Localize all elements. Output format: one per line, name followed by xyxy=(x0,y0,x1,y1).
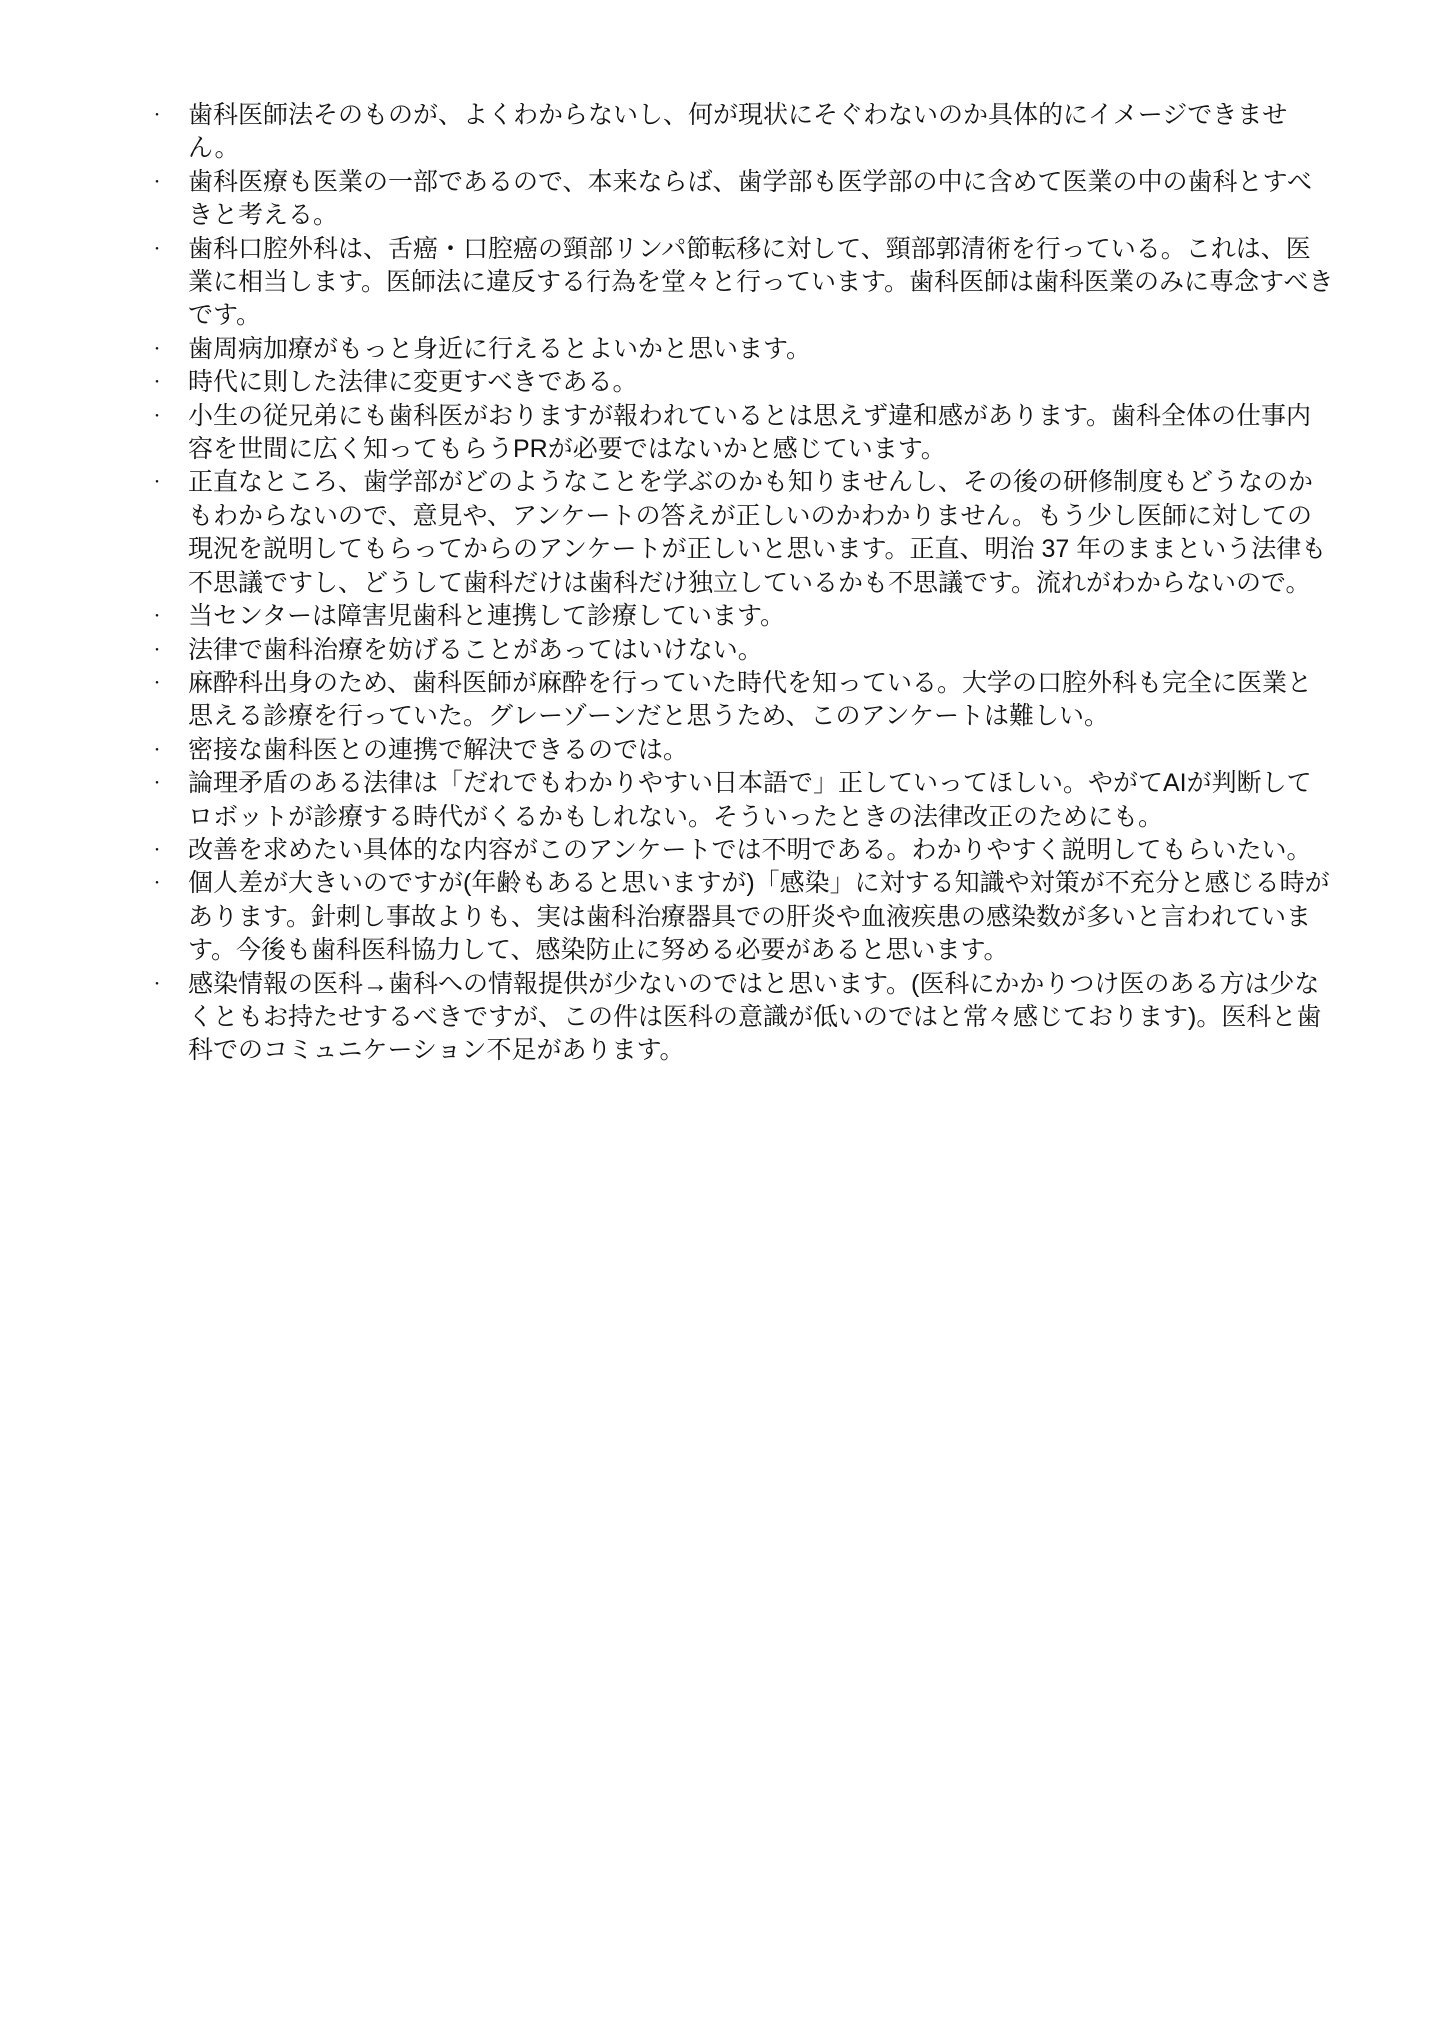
bullet-icon: ・ xyxy=(150,667,188,700)
bullet-text: 論理矛盾のある法律は「だれでもわかりやすい日本語で」正していってほしい。やがてA… xyxy=(188,767,1335,834)
list-item: ・ 法律で歯科治療を妨げることがあってはいけない。 xyxy=(150,634,1335,667)
bullet-icon: ・ xyxy=(150,767,188,800)
bullet-text: 小生の従兄弟にも歯科医がおりますが報われているとは思えず違和感があります。歯科全… xyxy=(188,400,1335,467)
list-item: ・ 時代に則した法律に変更すべきである。 xyxy=(150,366,1335,399)
list-item: ・ 小生の従兄弟にも歯科医がおりますが報われているとは思えず違和感があります。歯… xyxy=(150,400,1335,467)
bullet-text: 当センターは障害児歯科と連携して診療しています。 xyxy=(188,600,1335,633)
bullet-icon: ・ xyxy=(150,867,188,900)
list-item: ・ 麻酔科出身のため、歯科医師が麻酔を行っていた時代を知っている。大学の口腔外科… xyxy=(150,667,1335,734)
bullet-text: 正直なところ、歯学部がどのようなことを学ぶのかも知りませんし、その後の研修制度も… xyxy=(188,466,1335,600)
bullet-icon: ・ xyxy=(150,968,188,1001)
bullet-text: 歯科口腔外科は、舌癌・口腔癌の頸部リンパ節転移に対して、頸部郭清術を行っている。… xyxy=(188,233,1335,333)
bullet-icon: ・ xyxy=(150,466,188,499)
bullet-list: ・ 歯科医師法そのものが、よくわからないし、何が現状にそぐわないのか具体的にイメ… xyxy=(150,99,1335,1068)
bullet-text: 感染情報の医科→歯科への情報提供が少ないのではと思います。(医科にかかりつけ医の… xyxy=(188,968,1335,1068)
bullet-icon: ・ xyxy=(150,634,188,667)
list-item: ・ 歯科医師法そのものが、よくわからないし、何が現状にそぐわないのか具体的にイメ… xyxy=(150,99,1335,166)
bullet-icon: ・ xyxy=(150,166,188,199)
document-page: ・ 歯科医師法そのものが、よくわからないし、何が現状にそぐわないのか具体的にイメ… xyxy=(0,0,1440,2036)
bullet-text: 密接な歯科医との連携で解決できるのでは。 xyxy=(188,734,1335,767)
bullet-text: 改善を求めたい具体的な内容がこのアンケートでは不明である。わかりやすく説明しても… xyxy=(188,834,1335,867)
bullet-icon: ・ xyxy=(150,333,188,366)
bullet-text: 歯周病加療がもっと身近に行えるとよいかと思います。 xyxy=(188,333,1335,366)
bullet-text: 麻酔科出身のため、歯科医師が麻酔を行っていた時代を知っている。大学の口腔外科も完… xyxy=(188,667,1335,734)
list-item: ・ 感染情報の医科→歯科への情報提供が少ないのではと思います。(医科にかかりつけ… xyxy=(150,968,1335,1068)
bullet-icon: ・ xyxy=(150,99,188,132)
bullet-icon: ・ xyxy=(150,834,188,867)
list-item: ・ 正直なところ、歯学部がどのようなことを学ぶのかも知りませんし、その後の研修制… xyxy=(150,466,1335,600)
list-item: ・ 個人差が大きいのですが(年齢もあると思いますが)「感染」に対する知識や対策が… xyxy=(150,867,1335,967)
bullet-text: 法律で歯科治療を妨げることがあってはいけない。 xyxy=(188,634,1335,667)
bullet-icon: ・ xyxy=(150,233,188,266)
list-item: ・ 歯科医療も医業の一部であるので、本来ならば、歯学部も医学部の中に含めて医業の… xyxy=(150,166,1335,233)
bullet-icon: ・ xyxy=(150,400,188,433)
bullet-icon: ・ xyxy=(150,600,188,633)
list-item: ・ 歯周病加療がもっと身近に行えるとよいかと思います。 xyxy=(150,333,1335,366)
bullet-text: 歯科医療も医業の一部であるので、本来ならば、歯学部も医学部の中に含めて医業の中の… xyxy=(188,166,1335,233)
list-item: ・ 歯科口腔外科は、舌癌・口腔癌の頸部リンパ節転移に対して、頸部郭清術を行ってい… xyxy=(150,233,1335,333)
list-item: ・ 改善を求めたい具体的な内容がこのアンケートでは不明である。わかりやすく説明し… xyxy=(150,834,1335,867)
list-item: ・ 当センターは障害児歯科と連携して診療しています。 xyxy=(150,600,1335,633)
bullet-icon: ・ xyxy=(150,366,188,399)
bullet-text: 時代に則した法律に変更すべきである。 xyxy=(188,366,1335,399)
list-item: ・ 密接な歯科医との連携で解決できるのでは。 xyxy=(150,734,1335,767)
bullet-icon: ・ xyxy=(150,734,188,767)
list-item: ・ 論理矛盾のある法律は「だれでもわかりやすい日本語で」正していってほしい。やが… xyxy=(150,767,1335,834)
bullet-text: 個人差が大きいのですが(年齢もあると思いますが)「感染」に対する知識や対策が不充… xyxy=(188,867,1335,967)
bullet-text: 歯科医師法そのものが、よくわからないし、何が現状にそぐわないのか具体的にイメージ… xyxy=(188,99,1335,166)
